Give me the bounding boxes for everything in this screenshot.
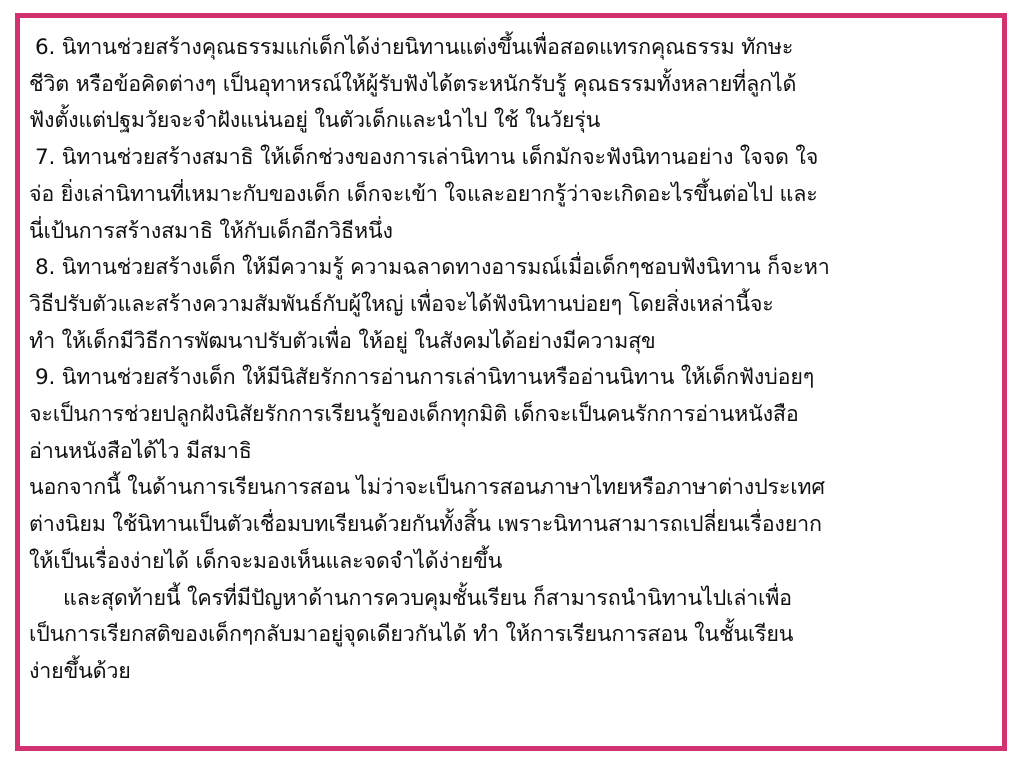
text-line: จะเป็นการช่วยปลูกฝังนิสัยรักการเรียนรู้ข… — [29, 397, 996, 434]
text-line: ทำ ให้เด็กมีวิธีการพัฒนาปรับตัวเพื่อ ให้… — [29, 324, 996, 361]
text-line: ชีวิต หรือข้อคิดต่างๆ เป็นอุทาหรณ์ให้ผู้… — [29, 67, 996, 104]
text-line: 9. นิทานช่วยสร้างเด็ก ให้มีนิสัยรักการอ่… — [29, 360, 996, 397]
paragraph-item-8: 8. นิทานช่วยสร้างเด็ก ให้มีความรู้ ความฉ… — [29, 250, 996, 360]
text-line: จ่อ ยิ่งเล่านิทานที่เหมาะกับของเด็ก เด็ก… — [29, 177, 996, 214]
text-line: เป็นการเรียกสติของเด็กๆกลับมาอยู่จุดเดีย… — [29, 617, 996, 654]
text-line: อ่านหนังสือได้ไว มีสมาธิ — [29, 434, 996, 471]
text-line: 8. นิทานช่วยสร้างเด็ก ให้มีความรู้ ความฉ… — [29, 250, 996, 287]
text-line: ต่างนิยม ใช้นิทานเป็นตัวเชื่อมบทเรียนด้ว… — [29, 507, 996, 544]
text-line: ง่ายขึ้นด้วย — [29, 654, 996, 691]
document-body: 6. นิทานช่วยสร้างคุณธรรมแก่เด็กได้ง่ายนิ… — [29, 30, 996, 691]
text-line: และสุดท้ายนี้ ใครที่มีปัญหาด้านการควบคุม… — [29, 581, 996, 618]
paragraph-item-9: 9. นิทานช่วยสร้างเด็ก ให้มีนิสัยรักการอ่… — [29, 360, 996, 470]
paragraph-item-7: 7. นิทานช่วยสร้างสมาธิ ให้เด็กช่วงของการ… — [29, 140, 996, 250]
paragraph-teaching: นอกจากนี้ ในด้านการเรียนการสอน ไม่ว่าจะเ… — [29, 470, 996, 580]
text-line: ฟังตั้งแต่ปฐมวัยจะจำฝังแน่นอยู่ ในตัวเด็… — [29, 103, 996, 140]
text-line: 6. นิทานช่วยสร้างคุณธรรมแก่เด็กได้ง่ายนิ… — [29, 30, 996, 67]
document-frame: 6. นิทานช่วยสร้างคุณธรรมแก่เด็กได้ง่ายนิ… — [15, 13, 1007, 751]
paragraph-item-6: 6. นิทานช่วยสร้างคุณธรรมแก่เด็กได้ง่ายนิ… — [29, 30, 996, 140]
text-line: วิธีปรับตัวและสร้างความสัมพันธ์กับผู้ใหญ… — [29, 287, 996, 324]
text-line: 7. นิทานช่วยสร้างสมาธิ ให้เด็กช่วงของการ… — [29, 140, 996, 177]
text-line: นี่เป้นการสร้างสมาธิ ให้กับเด็กอีกวิธีหน… — [29, 214, 996, 251]
text-line: ให้เป็นเรื่องง่ายได้ เด็กจะมองเห็นและจดจ… — [29, 544, 996, 581]
text-line: นอกจากนี้ ในด้านการเรียนการสอน ไม่ว่าจะเ… — [29, 470, 996, 507]
paragraph-conclusion: และสุดท้ายนี้ ใครที่มีปัญหาด้านการควบคุม… — [29, 581, 996, 691]
